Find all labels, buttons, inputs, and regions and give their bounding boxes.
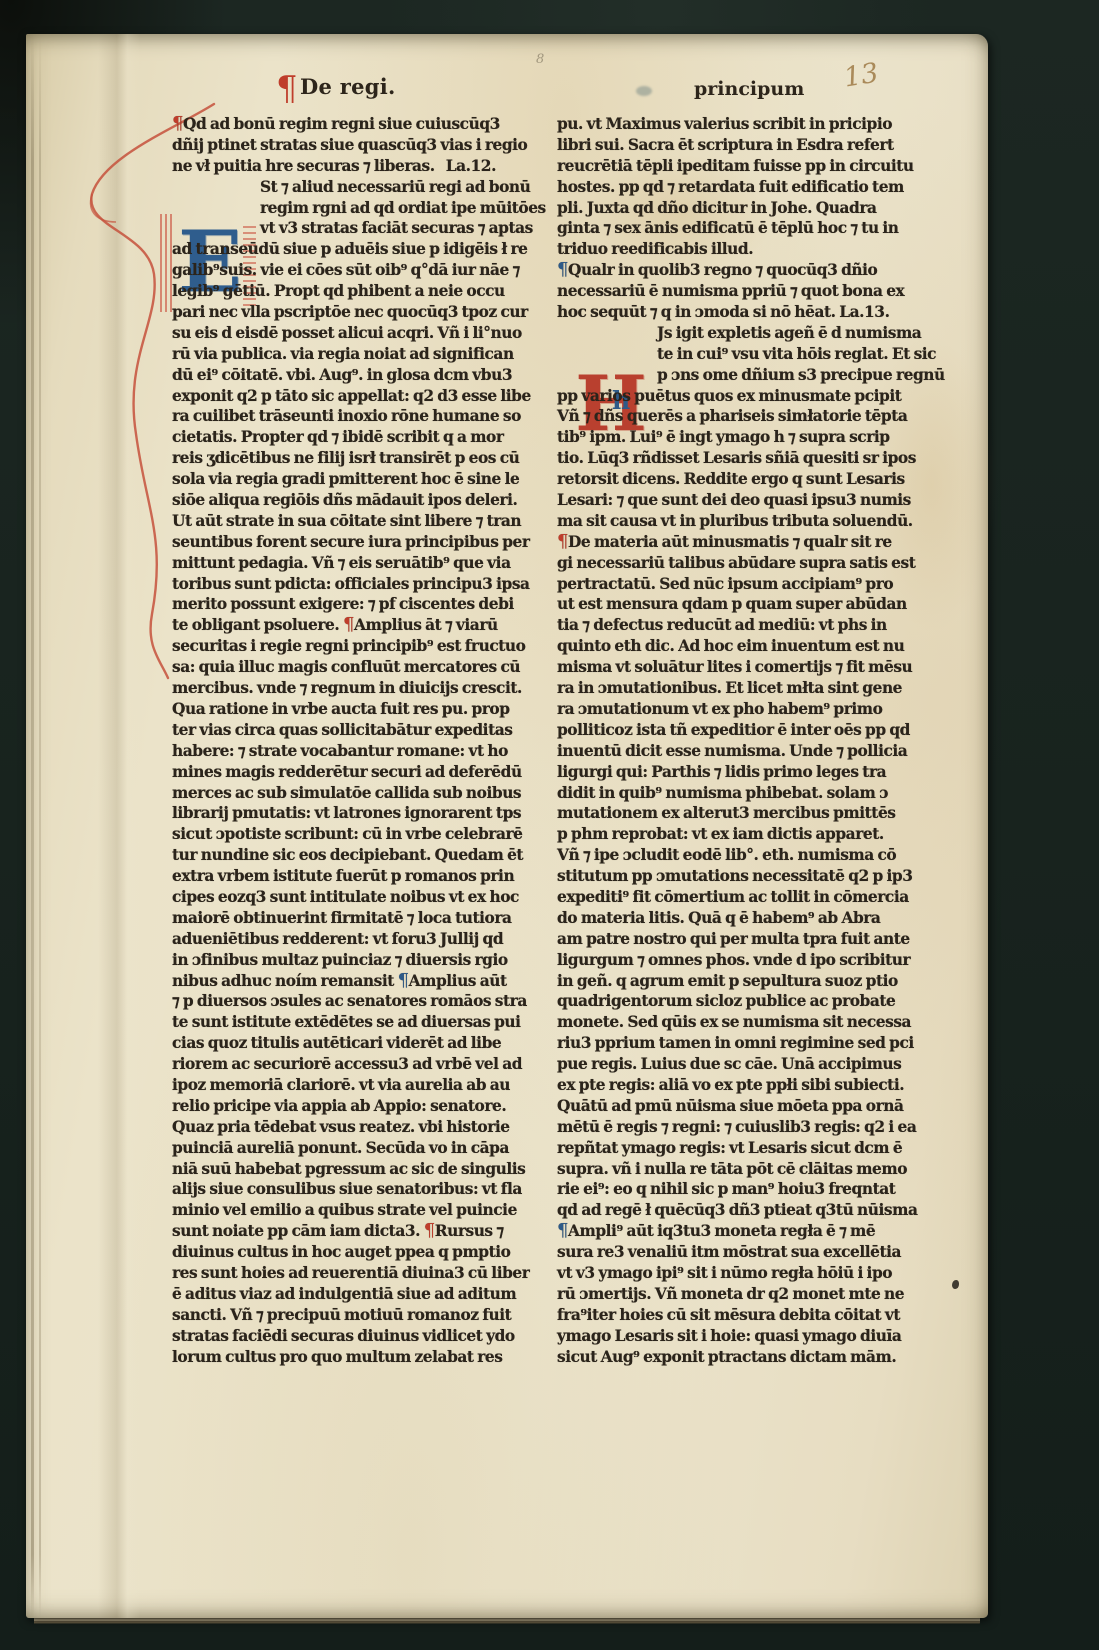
blue-pilcrow-icon: ¶ (557, 259, 568, 280)
text-line: ē aditus viaz ad indulgentiā siue ad adi… (172, 1284, 554, 1305)
text-line: cipes eozq3 sunt intitulate noibus vt ex… (172, 887, 554, 908)
text-line: ymago Lesaris sit i hoie: quasi ymago di… (557, 1326, 957, 1347)
header-right-title: principum (694, 78, 804, 100)
faint-handwritten-mark: 8 (536, 52, 544, 67)
text-line: merces ac sub simulatōe callida sub noib… (172, 783, 554, 804)
text-line: reucrētiā tēpli ipeditam fuisse pp in ci… (557, 156, 957, 177)
text-line: ligurgum ⁊ omnes phos. vnde d ipo scribi… (557, 950, 957, 971)
text-line: ter vias circa quas sollicitabātur exped… (172, 720, 554, 741)
text-line: riorem ac securiorē accessu3 ad vrbē vel… (172, 1054, 554, 1075)
text-line: ⁊ p diuersos ɔsules ac senatores romāos … (172, 991, 554, 1012)
text-line: rie ei⁹: eo q nihil sic p man⁹ hoiu3 fre… (557, 1179, 957, 1200)
text-line: Qua ratione in vrbe aucta fuit res pu. p… (172, 699, 554, 720)
text-line: expediti⁹ fit cōmertium ac tollit in cōm… (557, 887, 957, 908)
text-line: librarij pmutatis: vt latrones ignoraren… (172, 803, 554, 824)
blue-pilcrow-icon: ¶ (398, 970, 409, 991)
text-line: merito possunt exigere: ⁊ pf ciscentes d… (172, 594, 554, 615)
text-line: cias quoz titulis autēticari viderēt ad … (172, 1033, 554, 1054)
red-pilcrow-icon: ¶ (557, 531, 568, 552)
book-page: ¶De regi. principum 13 8 E H h ¶Qd ad bo… (26, 34, 988, 1618)
text-line: rū ɔmertijs. Vñ moneta dr q2 monet mte n… (557, 1284, 957, 1305)
text-line: pertractatū. Sed nūc ipsum accipiam⁹ pro (557, 574, 957, 595)
text-line: cietatis. Propter qd ⁊ ibidē scribit q a… (172, 427, 554, 448)
text-column-left: ¶Qd ad bonū regim regni siue cuiuscūq3dñ… (172, 114, 554, 1367)
text-line: Quātū ad pmū nūisma siue mōeta ppa ornā (557, 1096, 957, 1117)
text-line: nibus adhuc noím remansit ¶Amplius aūt (172, 971, 554, 992)
text-line: mines magis redderētur securi ad deferēd… (172, 762, 554, 783)
text-line: exponit q2 p tāto sic appellat: q2 d3 es… (172, 386, 554, 407)
text-line: rū via publica. via regia noiat ad signi… (172, 344, 554, 365)
text-line: sancti. Vñ ⁊ precipuū motiuū romanoz fui… (172, 1305, 554, 1326)
text-line: mercibus. vnde ⁊ regnum in diuicijs cres… (172, 678, 554, 699)
text-column-right: pu. vt Maximus valerius scribit in prici… (557, 114, 957, 1367)
text-line: toribus sunt pdicta: officiales principu… (172, 574, 554, 595)
text-line: seuntibus forent secure iura principibus… (172, 532, 554, 553)
text-line: alijs siue consulibus siue senatoribus: … (172, 1179, 554, 1200)
text-line: Js igit expletis ageñ ē d numisma (557, 323, 957, 344)
gutter-fold-shadow (98, 34, 140, 1618)
handwritten-folio-number: 13 (842, 58, 881, 94)
text-line: niā suū habebat pgressum ac sic de singu… (172, 1159, 554, 1180)
text-line: mutationem ex alterut3 mercibus pmittēs (557, 803, 957, 824)
text-line: hostes. pp qd ⁊ retardata fuit edificati… (557, 177, 957, 198)
text-line: ma sit causa vt in pluribus tributa solu… (557, 511, 957, 532)
text-line: ra ɔmutationum vt ex pho habem⁹ primo (557, 699, 957, 720)
blue-pilcrow-icon: ¶ (557, 1220, 568, 1241)
text-line: qd ad regē ł quēcūq3 dñ3 ptieat q3tū nūi… (557, 1200, 957, 1221)
text-line: Vñ ⁊ ipe ɔcludit eodē lib°. eth. numisma… (557, 845, 957, 866)
text-line: supra. vñ i nulla re tāta pōt cē clāitas… (557, 1159, 957, 1180)
text-line: sa: quia illuc magis confluūt mercatores… (172, 657, 554, 678)
text-line: hoc sequūt ⁊ q in ɔmoda si nō hēat. La.1… (557, 302, 957, 323)
text-line: adueniētibus redderent: vt foru3 Jullij … (172, 929, 554, 950)
text-line: tia ⁊ defectus reducūt ad mediū: vt phs … (557, 615, 957, 636)
text-line: relio pricipe via appia ab Appio: senato… (172, 1096, 554, 1117)
text-line: lorum cultus pro quo multum zelabat res (172, 1347, 554, 1368)
text-line: ¶Qd ad bonū regim regni siue cuiuscūq3 (172, 114, 554, 135)
text-line: res sunt hoies ad reuerentiā diuina3 cū … (172, 1263, 554, 1284)
text-line: quadrigentorum sicloz publice ac probate (557, 991, 957, 1012)
text-line: ut est mensura qdam p quam super abūdan (557, 594, 957, 615)
text-line: tur nundine sic eos decipiebant. Quedam … (172, 845, 554, 866)
text-line: am patre nostro qui per multa tpra fuit … (557, 929, 957, 950)
red-pilcrow-icon: ¶ (343, 614, 354, 635)
header-left-text: De regi. (300, 74, 396, 99)
text-line: ex pte regis: aliā vo ex pte ppłi sibi s… (557, 1075, 957, 1096)
text-line: galib⁹suis. vie ei cōes sūt oib⁹ q°dā iu… (172, 260, 554, 281)
running-header: ¶De regi. principum 13 8 (26, 74, 988, 110)
scan-background: { "document": { "kind": "incunabulum pag… (0, 0, 1099, 1650)
text-line: repñtat ymago regis: vt Lesaris sicut dc… (557, 1138, 957, 1159)
text-line: regim rgni ad qd ordiat ipe mūitōes (172, 198, 554, 219)
text-line: necessariū ē numisma ppriū ⁊ quot bona e… (557, 281, 957, 302)
text-line: stratas faciēdi securas diuinus vidlicet… (172, 1326, 554, 1347)
text-line: inuentū dicit esse numisma. Unde ⁊ polli… (557, 741, 957, 762)
text-line: reis ʒdicētibus ne filij isrł transirēt … (172, 448, 554, 469)
text-line: minio vel emilio a quibus strate vel pui… (172, 1200, 554, 1221)
text-line: didit in quib⁹ numisma phibebat. solam ɔ (557, 783, 957, 804)
red-pilcrow-icon: ¶ (172, 113, 183, 134)
text-line: stitutum pp ɔmutations necessitatē q2 p … (557, 866, 957, 887)
text-line: libri sui. Sacra ēt scriptura in Esdra r… (557, 135, 957, 156)
text-line: St ⁊ aliud necessariū regi ad bonū (172, 177, 554, 198)
text-line: pu. vt Maximus valerius scribit in prici… (557, 114, 957, 135)
text-line: sunt noiate pp cām iam dicta3. ¶Rursus ⁊ (172, 1221, 554, 1242)
text-line: te obligant psoluere. ¶Amplius āt ⁊ viar… (172, 615, 554, 636)
text-line: Ut aūt strate in sua cōitate sint libere… (172, 511, 554, 532)
text-line: securitas i regie regni principib⁹ est f… (172, 636, 554, 657)
text-line: pue regis. Luius due sc cāe. Unā accipim… (557, 1054, 957, 1075)
text-line: quinto eth dic. Ad hoc eim inuentum est … (557, 636, 957, 657)
gutter-crease (39, 34, 41, 1618)
text-line: tib⁹ ipm. Lui⁹ ē ingt ymago h ⁊ supra sc… (557, 427, 957, 448)
text-line: habere: ⁊ strate vocabantur romane: vt h… (172, 741, 554, 762)
text-line: pp varios puētus quos ex minusmate pcipi… (557, 386, 957, 407)
text-line: do materia litis. Quā q ē habem⁹ ab Abra (557, 908, 957, 929)
text-line: in ɔfinibus multaz puinciaz ⁊ diuersis r… (172, 950, 554, 971)
text-line: su eis d eisdē posset alicui acqri. Vñ i… (172, 323, 554, 344)
text-line: ligurgi qui: Parthis ⁊ lidis primo leges… (557, 762, 957, 783)
red-pilcrow-icon: ¶ (276, 69, 298, 109)
text-line: te in cui⁹ vsu vita hōis reglat. Et sic (557, 344, 957, 365)
text-line: riu3 pprium tamen in omni regimine sed p… (557, 1033, 957, 1054)
text-line: maiorē obtinuerint firmitatē ⁊ loca tuti… (172, 908, 554, 929)
red-pilcrow-icon: ¶ (424, 1220, 435, 1241)
text-line: puinciā aureliā ponunt. Secūda vo in cāp… (172, 1138, 554, 1159)
text-line: ginta ⁊ sex ānis edificatū ē tēplū hoc ⁊… (557, 218, 957, 239)
text-line: misma vt soluātur lites i comertijs ⁊ fi… (557, 657, 957, 678)
text-line: sicut Aug⁹ exponit ptractans dictam mām. (557, 1347, 957, 1368)
text-line: mittunt pedagia. Vñ ⁊ eis seruātib⁹ que … (172, 553, 554, 574)
text-line: sola via regia gradi pmitterent hoc ē si… (172, 469, 554, 490)
text-line: gi necessariū talibus abūdare supra sati… (557, 553, 957, 574)
text-line: fra⁹iter hoies cū sit mēsura debita cōit… (557, 1305, 957, 1326)
text-line: legib⁹ gētiū. Propt qd phibent a neie oc… (172, 281, 554, 302)
text-line: dū ei⁹ cōitatē. vbi. Aug⁹. in glosa dcm … (172, 365, 554, 386)
text-line: retorsit dicens. Reddite ergo q sunt Les… (557, 469, 957, 490)
gutter-crease (31, 34, 34, 1618)
text-line: te sunt istitute extēdētes se ad diuersa… (172, 1012, 554, 1033)
text-line: ad transeūdū siue p aduēis siue p idigēi… (172, 239, 554, 260)
text-line: siōe aliqua regiōis dñs mādauit ipos del… (172, 490, 554, 511)
text-line: pli. Juxta qd dño dicitur in Johe. Quadr… (557, 198, 957, 219)
text-line: ipoz memoriā clariorē. vt via aurelia ab… (172, 1075, 554, 1096)
text-line: mētū ē regis ⁊ regni: ⁊ cuiuslib3 regis:… (557, 1117, 957, 1138)
text-line: sura re3 venaliū itm mōstrat sua excellē… (557, 1242, 957, 1263)
text-line: ne vł puitia hre securas ⁊ liberas. La.1… (172, 156, 554, 177)
ink-blot (952, 1280, 959, 1289)
text-line: monete. Sed qūis ex se numisma sit neces… (557, 1012, 957, 1033)
text-line: ¶Qualr in quolib3 regno ⁊ quocūq3 dñio (557, 260, 957, 281)
text-line: p ɔns ome dñium s3 precipue regnū (557, 365, 957, 386)
text-line: Lesari: ⁊ que sunt dei deo quasi ipsu3 n… (557, 490, 957, 511)
text-line: p phm reprobat: vt ex iam dictis apparet… (557, 824, 957, 845)
text-line: ¶De materia aūt minusmatis ⁊ qualr sit r… (557, 532, 957, 553)
text-line: polliticoz ista tñ expeditior ē inter oē… (557, 720, 957, 741)
text-line: Quaz pria tēdebat vsus reatez. vbi histo… (172, 1117, 554, 1138)
text-line: diuinus cultus in hoc auget ppea q pmpti… (172, 1242, 554, 1263)
text-line: ra in ɔmutationibus. Et licet młta sint … (557, 678, 957, 699)
text-line: sicut ɔpotiste scribunt: cū in vrbe cele… (172, 824, 554, 845)
text-line: vt v3 stratas faciāt securas ⁊ aptas (172, 218, 554, 239)
text-line: triduo reedificabis illud. (557, 239, 957, 260)
text-line: tio. Lūq3 rñdisset Lesaris sñiā quesiti … (557, 448, 957, 469)
text-line: ¶Ampli⁹ aūt iq3tu3 moneta regła ē ⁊ mē (557, 1221, 957, 1242)
text-line: pari nec vlla pscriptōe nec quocūq3 tpoz… (172, 302, 554, 323)
text-line: dñij ptinet stratas siue quascūq3 vias i… (172, 135, 554, 156)
text-line: ra cuilibet trāseunti inoxio rōne humane… (172, 406, 554, 427)
text-line: Vñ ⁊ dñs querēs a phariseis simłatorie t… (557, 406, 957, 427)
text-line: extra vrbem istitute fuerūt p romanos pr… (172, 866, 554, 887)
header-left-title: ¶De regi. (276, 74, 396, 99)
text-line: vt v3 ymago ipi⁹ sit i nūmo regła hōiū i… (557, 1263, 957, 1284)
text-line: in geñ. q agrum emit p sepultura suoz pt… (557, 971, 957, 992)
